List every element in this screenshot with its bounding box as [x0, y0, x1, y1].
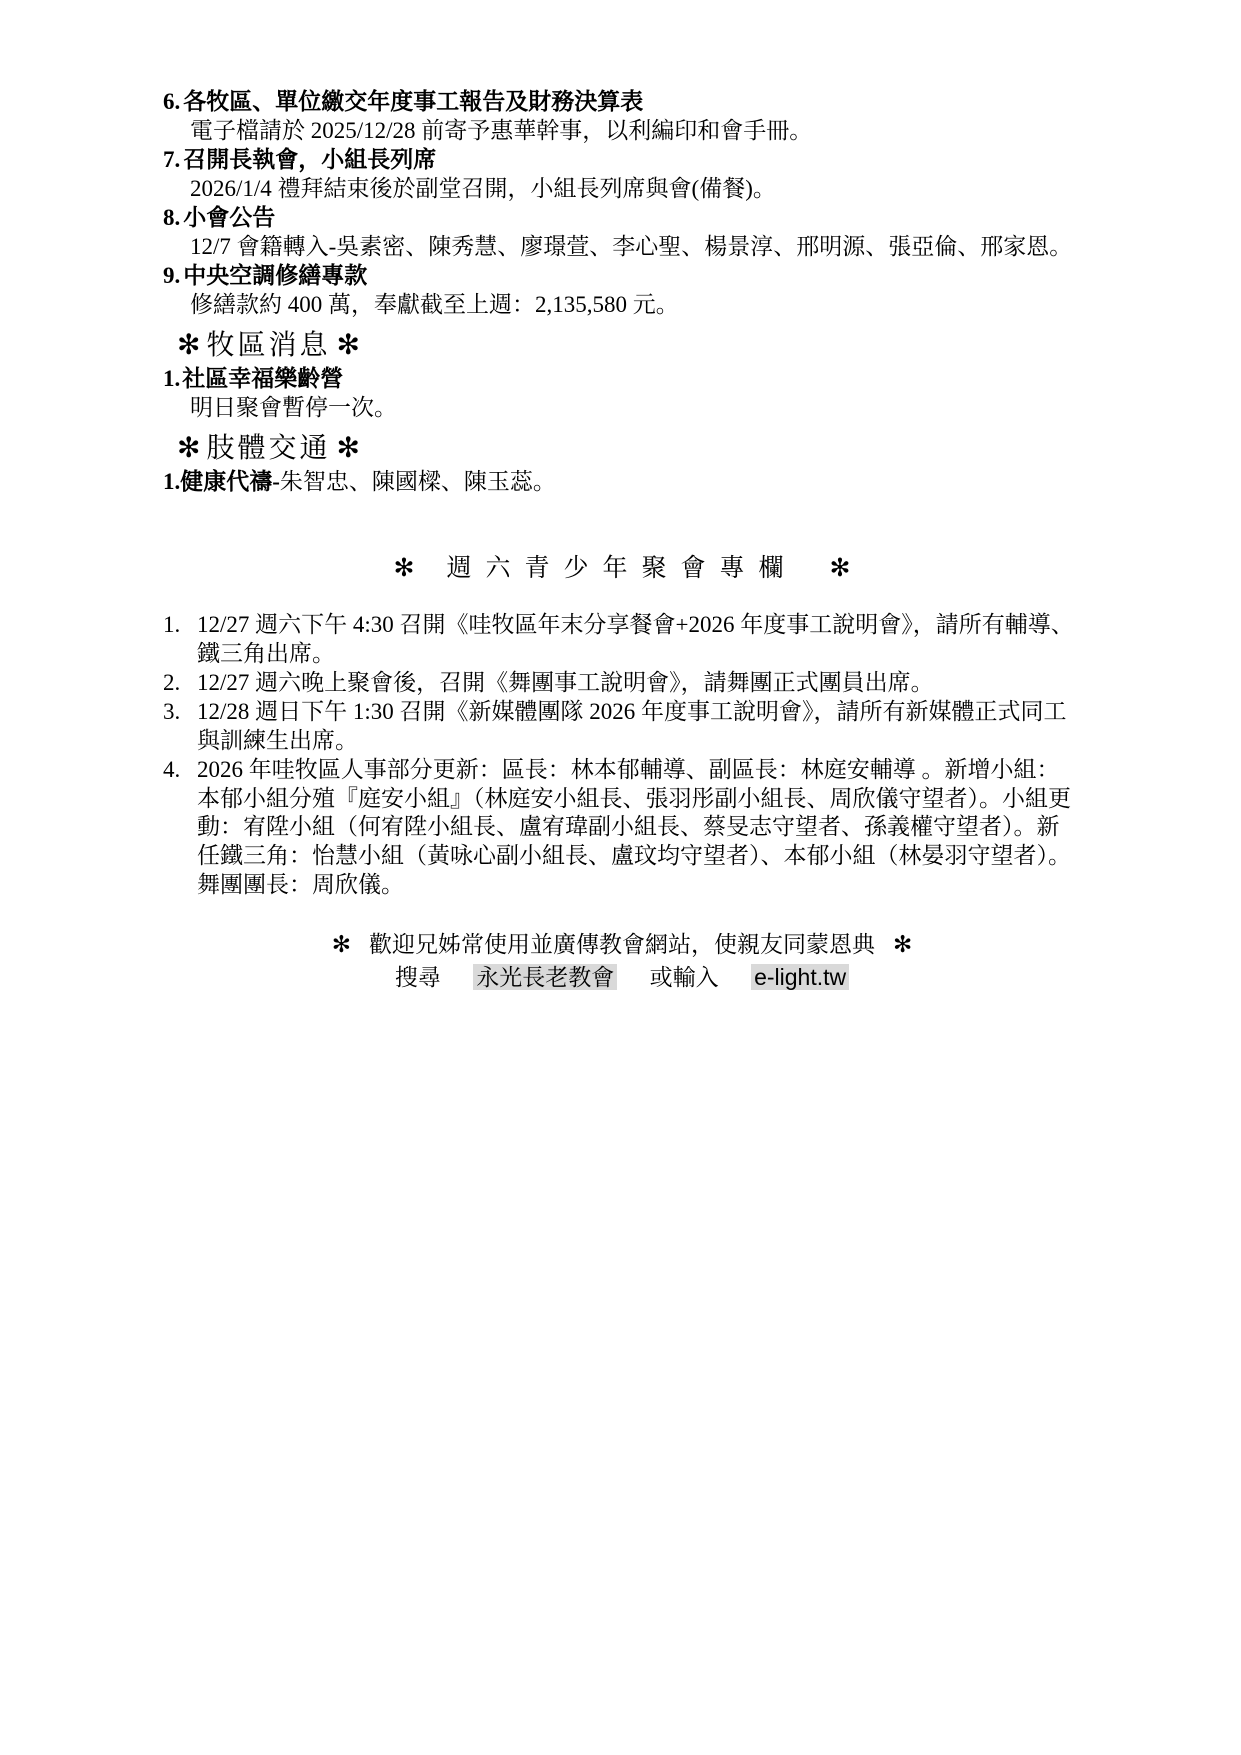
or-label: 或輸入 — [650, 964, 719, 990]
section-header-fellowship: ✻肢體交通✻ — [163, 431, 1081, 466]
section-header-label: 肢體交通 — [206, 433, 330, 464]
announcement-title: 中央空調修繕專款 — [183, 262, 1081, 291]
youth-list-item: 4. 2026 年哇牧區人事部分更新：區長：林本郁輔導、副區長：林庭安輔導 。新… — [163, 756, 1081, 901]
footer-search-line: 搜尋 永光長老教會 或輸入 e-light.tw — [163, 963, 1081, 992]
item-number: 1. — [163, 365, 182, 394]
youth-list-item: 2. 12/27 週六晚上聚會後，召開《舞團事工說明會》，請舞團正式團員出席。 — [163, 669, 1081, 698]
announcement-item-6: 6. 各牧區、單位繳交年度事工報告及財務決算表 電子檔請於 2025/12/28… — [163, 88, 1081, 146]
youth-announcement-list: 1. 12/27 週六下午 4:30 召開《哇牧區年末分享餐會+2026 年度事… — [163, 611, 1081, 901]
item-text: 2026 年哇牧區人事部分更新：區長：林本郁輔導、副區長：林庭安輔導 。新增小組… — [197, 756, 1081, 901]
asterisk-icon: ✻ — [177, 330, 200, 361]
section-header-pastoral-news: ✻牧區消息✻ — [163, 328, 1081, 363]
asterisk-icon: ✻ — [336, 330, 359, 361]
announcement-body: 2026/1/4 禮拜結束後於副堂召開，小組長列席與會(備餐)。 — [163, 175, 1081, 204]
item-number: 3. — [163, 698, 197, 756]
asterisk-icon: ✻ — [177, 433, 200, 464]
announcement-number: 8. — [163, 204, 183, 233]
footer-block: ✻歡迎兄姊常使用並廣傳教會網站，使親友同蒙恩典✻ 搜尋 永光長老教會 或輸入 e… — [163, 930, 1081, 992]
announcement-body: 修繕款約 400 萬，奉獻截至上週：2,135,580 元。 — [163, 291, 1081, 320]
announcement-number: 9. — [163, 262, 183, 291]
search-label: 搜尋 — [395, 964, 441, 990]
asterisk-icon: ✻ — [332, 931, 351, 957]
search-term-highlight: 永光長老教會 — [473, 964, 617, 990]
asterisk-icon: ✻ — [336, 433, 359, 464]
announcement-number: 6. — [163, 88, 183, 117]
youth-title-text: 週六青少年聚會專欄 — [446, 555, 797, 582]
announcement-title-row: 8. 小會公告 — [163, 204, 1081, 233]
item-number: 4. — [163, 756, 197, 901]
announcement-number: 7. — [163, 146, 183, 175]
announcement-item-8: 8. 小會公告 12/7 會籍轉入-吳素密、陳秀慧、廖璟萱、李心聖、楊景淳、邢明… — [163, 204, 1081, 262]
youth-section-title: ✻週六青少年聚會專欄✻ — [163, 553, 1081, 585]
asterisk-icon: ✻ — [394, 555, 415, 582]
announcement-body: 電子檔請於 2025/12/28 前寄予惠華幹事，以利編印和會手冊。 — [163, 117, 1081, 146]
site-url-highlight: e-light.tw — [751, 964, 849, 990]
bulletin-page: 6. 各牧區、單位繳交年度事工報告及財務決算表 電子檔請於 2025/12/28… — [0, 0, 1241, 1755]
footer-invite-text: 歡迎兄姊常使用並廣傳教會網站，使親友同蒙恩典 — [369, 931, 875, 957]
announcement-body: 12/7 會籍轉入-吳素密、陳秀慧、廖璟萱、李心聖、楊景淳、邢明源、張亞倫、邢家… — [163, 233, 1081, 262]
announcement-title-row: 9. 中央空調修繕專款 — [163, 262, 1081, 291]
section-header-label: 牧區消息 — [206, 330, 330, 361]
prayer-names: 朱智忠、陳國樑、陳玉蕊。 — [280, 469, 556, 494]
announcement-title: 召開長執會，小組長列席 — [183, 146, 1081, 175]
announcement-title-row: 7. 召開長執會，小組長列席 — [163, 146, 1081, 175]
announcement-item-9: 9. 中央空調修繕專款 修繕款約 400 萬，奉獻截至上週：2,135,580 … — [163, 262, 1081, 320]
item-number: 1. — [163, 469, 180, 494]
youth-list-item: 3. 12/28 週日下午 1:30 召開《新媒體團隊 2026 年度事工說明會… — [163, 698, 1081, 756]
item-text: 12/27 週六晚上聚會後，召開《舞團事工說明會》，請舞團正式團員出席。 — [197, 669, 1081, 698]
asterisk-icon: ✻ — [830, 555, 851, 582]
item-text: 12/28 週日下午 1:30 召開《新媒體團隊 2026 年度事工說明會》，請… — [197, 698, 1081, 756]
item-number: 2. — [163, 669, 197, 698]
announcement-title: 各牧區、單位繳交年度事工報告及財務決算表 — [183, 88, 1081, 117]
fellowship-item: 1.健康代禱-朱智忠、陳國樑、陳玉蕊。 — [163, 468, 1081, 497]
item-number: 1. — [163, 611, 197, 669]
announcement-title: 小會公告 — [183, 204, 1081, 233]
announcement-item-7: 7. 召開長執會，小組長列席 2026/1/4 禮拜結束後於副堂召開，小組長列席… — [163, 146, 1081, 204]
footer-invite-line: ✻歡迎兄姊常使用並廣傳教會網站，使親友同蒙恩典✻ — [163, 930, 1081, 959]
prayer-label: 健康代禱- — [180, 469, 280, 494]
item-text: 12/27 週六下午 4:30 召開《哇牧區年末分享餐會+2026 年度事工說明… — [197, 611, 1081, 669]
asterisk-icon: ✻ — [893, 931, 912, 957]
announcement-title-row: 6. 各牧區、單位繳交年度事工報告及財務決算表 — [163, 88, 1081, 117]
item-body: 明日聚會暫停一次。 — [163, 394, 1081, 423]
youth-list-item: 1. 12/27 週六下午 4:30 召開《哇牧區年末分享餐會+2026 年度事… — [163, 611, 1081, 669]
item-title: 社區幸福樂齡營 — [182, 365, 1081, 394]
pastoral-item-title-row: 1. 社區幸福樂齡營 — [163, 365, 1081, 394]
pastoral-news-item: 1. 社區幸福樂齡營 明日聚會暫停一次。 — [163, 365, 1081, 423]
bulletin-content: 6. 各牧區、單位繳交年度事工報告及財務決算表 電子檔請於 2025/12/28… — [0, 0, 1241, 992]
